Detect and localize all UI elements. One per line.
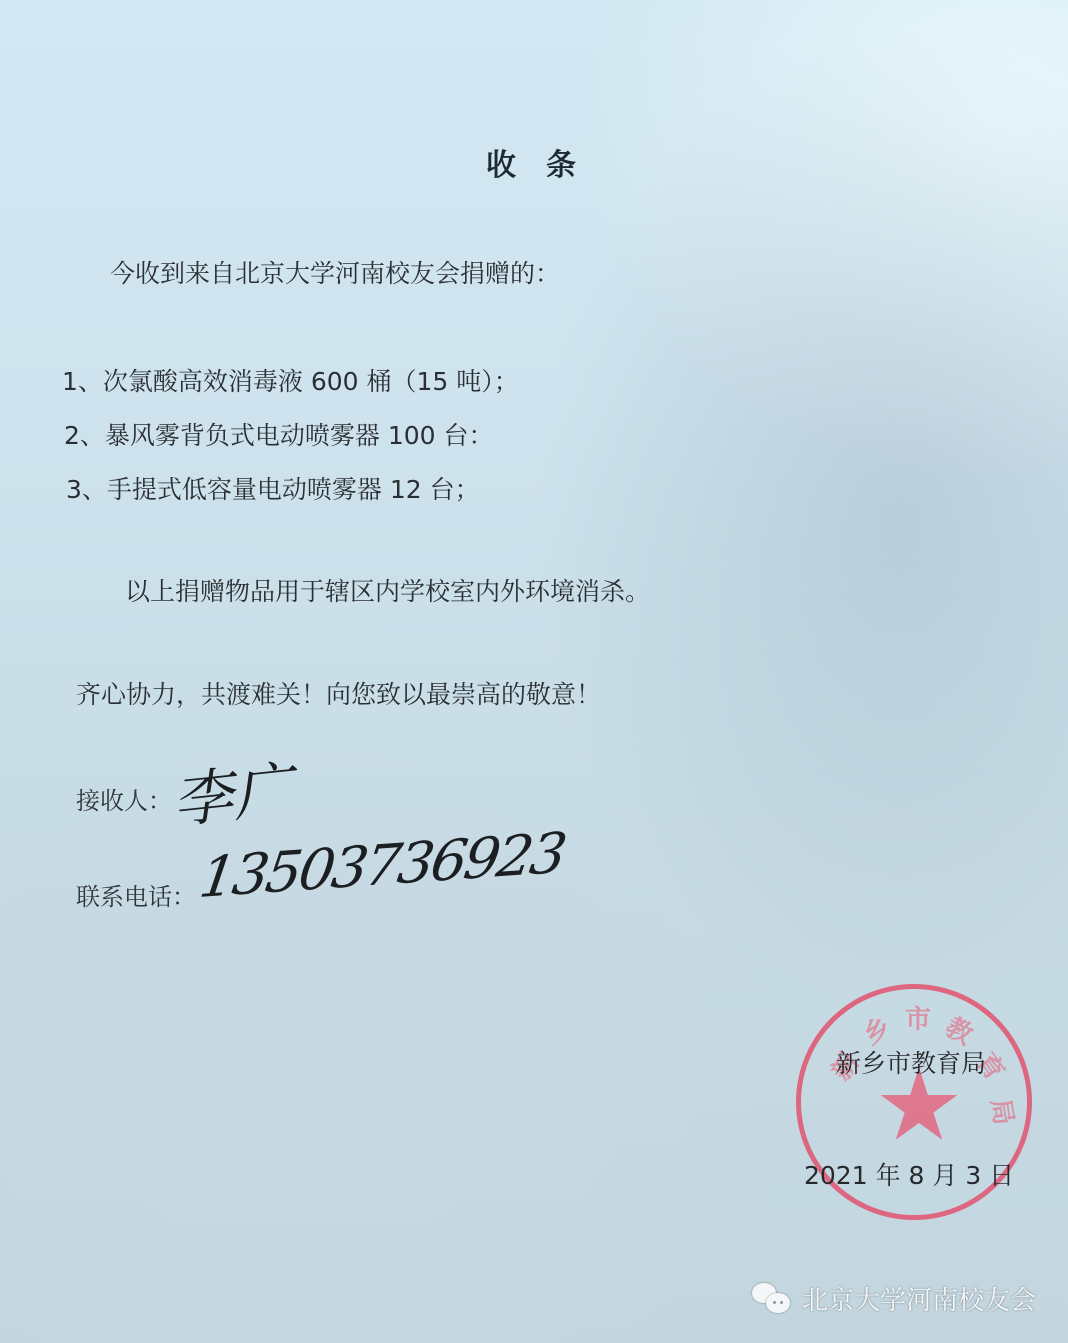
seal-char: 局 [984, 1095, 1025, 1127]
watermark: 北京大学河南校友会 [752, 1280, 1036, 1317]
issue-date: 2021 年 8 月 3 日 [804, 1156, 1014, 1192]
phone-value: 13503736923 [195, 821, 568, 911]
donation-item: 3、手提式低容量电动喷雾器 12 台； [66, 470, 480, 506]
usage-text: 以上捐赠物品用于辖区内学校室内外环境消杀。 [125, 572, 650, 608]
donation-item: 2、暴风雾背负式电动喷雾器 100 台： [64, 416, 494, 452]
closing-text: 齐心协力，共渡难关！向您致以最崇高的敬意！ [76, 675, 601, 711]
issuing-organization: 新乡市教育局 [836, 1044, 986, 1080]
watermark-text: 北京大学河南校友会 [802, 1280, 1036, 1317]
phone-label: 联系电话： [76, 877, 196, 912]
donation-item: 1、次氯酸高效消毒液 600 桶（15 吨）； [62, 362, 519, 398]
seal-char: 市 [905, 999, 931, 1036]
intro-text: 今收到来自北京大学河南校友会捐赠的： [110, 254, 560, 290]
recipient-label: 接收人： [76, 781, 172, 816]
wechat-icon [752, 1283, 792, 1315]
recipient-signature: 李广 [168, 742, 296, 840]
document-title: 收条 [486, 140, 606, 184]
